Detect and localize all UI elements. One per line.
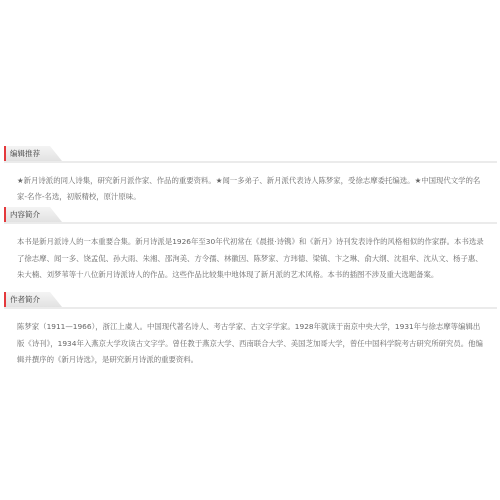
section-header: 内容简介	[4, 207, 497, 224]
author-bio-text: 陈梦家（1911—1966），浙江上虞人。中国现代著名诗人、考古学家、古文字学家…	[17, 319, 484, 369]
editor-recommendation-text: ★新月诗派的同人诗集，研究新月派作家、作品的重要资料。★闻一多弟子、新月派代表诗…	[17, 173, 484, 204]
editor-recommendation-section: 编辑推荐 ★新月诗派的同人诗集，研究新月派作家、作品的重要资料。★闻一多弟子、新…	[0, 146, 500, 204]
section-title: 编辑推荐	[10, 147, 40, 160]
section-header: 编辑推荐	[4, 146, 497, 163]
content-summary-text: 本书是新月派诗人的一本重要合集。新月诗派是1926年至30年代初常在《晨报·诗镌…	[17, 234, 484, 284]
section-title: 作者简介	[10, 293, 40, 306]
section-body: ★新月诗派的同人诗集，研究新月派作家、作品的重要资料。★闻一多弟子、新月派代表诗…	[17, 173, 484, 204]
author-bio-section: 作者简介 陈梦家（1911—1966），浙江上虞人。中国现代著名诗人、考古学家、…	[0, 292, 500, 369]
section-body: 本书是新月派诗人的一本重要合集。新月诗派是1926年至30年代初常在《晨报·诗镌…	[17, 234, 484, 284]
content-summary-section: 内容简介 本书是新月派诗人的一本重要合集。新月诗派是1926年至30年代初常在《…	[0, 207, 500, 284]
section-title: 内容简介	[10, 208, 40, 221]
section-body: 陈梦家（1911—1966），浙江上虞人。中国现代著名诗人、考古学家、古文字学家…	[17, 319, 484, 369]
section-header: 作者简介	[4, 292, 497, 309]
